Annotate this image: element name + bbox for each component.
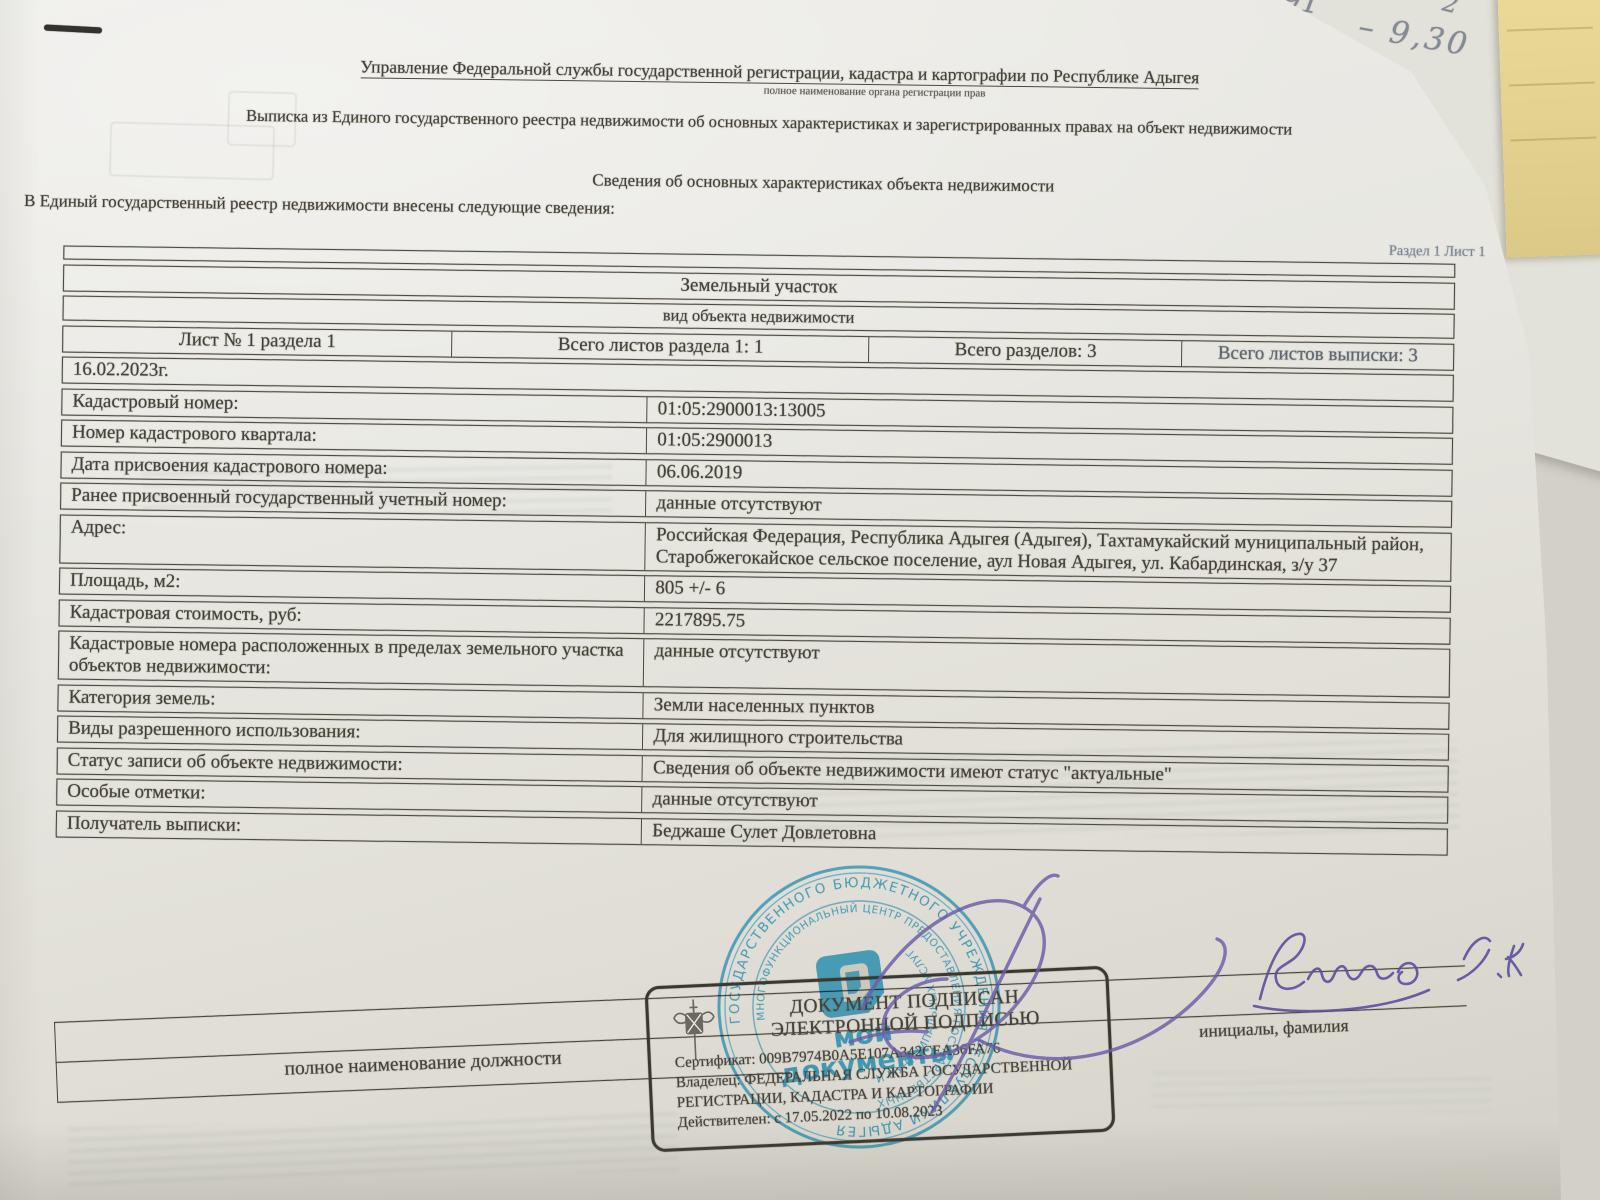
registry-table: Земельный участок вид объекта недвижимос… bbox=[56, 246, 1456, 856]
row-value: данные отсутствуют bbox=[642, 787, 1447, 823]
sheet-info-cell: Лист № 1 раздела 1 bbox=[63, 326, 453, 356]
row-value: 06.06.2019 bbox=[647, 460, 1452, 496]
row-label: Дата присвоения кадастрового номера: bbox=[61, 452, 647, 485]
pen-mark bbox=[44, 24, 102, 33]
row-label: Получатель выписки: bbox=[57, 811, 643, 844]
bleed-through-smudge bbox=[1152, 1072, 1492, 1112]
row-label: Категория земель: bbox=[58, 685, 644, 718]
sheet-info-cell: Всего листов раздела 1: 1 bbox=[452, 331, 869, 361]
row-label: Адрес: bbox=[60, 515, 646, 570]
coat-of-arms-icon bbox=[668, 992, 721, 1072]
row-value: данные отсутствуют bbox=[646, 491, 1451, 527]
row-value: 01:05:2900013:13005 bbox=[648, 397, 1453, 433]
row-value: данные отсутствуют bbox=[644, 639, 1449, 697]
esign-stamp: ДОКУМЕНТ ПОДПИСАН ЭЛЕКТРОННОЙ ПОДПИСЬЮ С… bbox=[644, 966, 1115, 1153]
sheet-info-cell: Всего листов выписки: 3 bbox=[1182, 341, 1453, 370]
sticky-note-rule bbox=[1507, 27, 1593, 32]
extract-date: 16.02.2023г. bbox=[63, 358, 179, 385]
row-value: 01:05:2900013 bbox=[647, 428, 1452, 464]
row-label: Кадастровые номера расположенных в преде… bbox=[59, 631, 645, 686]
row-value: Беджаше Сулет Довлетовна bbox=[642, 819, 1447, 855]
row-value: Сведения об объекте недвижимости имеют с… bbox=[643, 756, 1448, 792]
row-label: Кадастровая стоимость, руб: bbox=[60, 600, 646, 633]
document-content: Управление Федеральной службы государств… bbox=[16, 52, 1504, 860]
position-caption: полное наименование должности bbox=[211, 1045, 635, 1084]
row-label: Номер кадастрового квартала: bbox=[62, 421, 648, 454]
row-value: 805 +/- 6 bbox=[645, 576, 1450, 612]
sticky-note bbox=[1497, 0, 1600, 258]
row-value: Земли населенных пунктов bbox=[644, 693, 1449, 729]
row-label: Площадь, м2: bbox=[60, 568, 646, 601]
sticky-note-rule bbox=[1509, 82, 1595, 87]
document-sheet: Управление Федеральной службы государств… bbox=[0, 0, 1600, 1200]
sticky-note-rule bbox=[1511, 137, 1597, 142]
row-label: Виды разрешенного использования: bbox=[58, 716, 644, 749]
row-label: Ранее присвоенный государственный учетны… bbox=[61, 483, 647, 516]
sheet-info-cell: Всего разделов: 3 bbox=[870, 337, 1183, 366]
document-subtitle: Выписка из Единого государственного реес… bbox=[25, 103, 1503, 142]
object-type: Земельный участок bbox=[670, 273, 847, 300]
row-value: 2217895.75 bbox=[645, 608, 1450, 644]
row-label: Кадастровый номер: bbox=[62, 389, 648, 422]
row-value: Для жилищного строительства bbox=[643, 724, 1448, 760]
object-type-caption: вид объекта недвижимости bbox=[653, 304, 865, 330]
bleed-through-smudge bbox=[67, 1112, 678, 1186]
name-caption: инициалы, фамилия bbox=[1199, 1015, 1349, 1042]
row-label: Статус записи об объекте недвижимости: bbox=[58, 748, 644, 781]
row-value: Российская Федерация, Республика Адыгея … bbox=[646, 523, 1451, 581]
row-label: Особые отметки: bbox=[57, 779, 643, 812]
